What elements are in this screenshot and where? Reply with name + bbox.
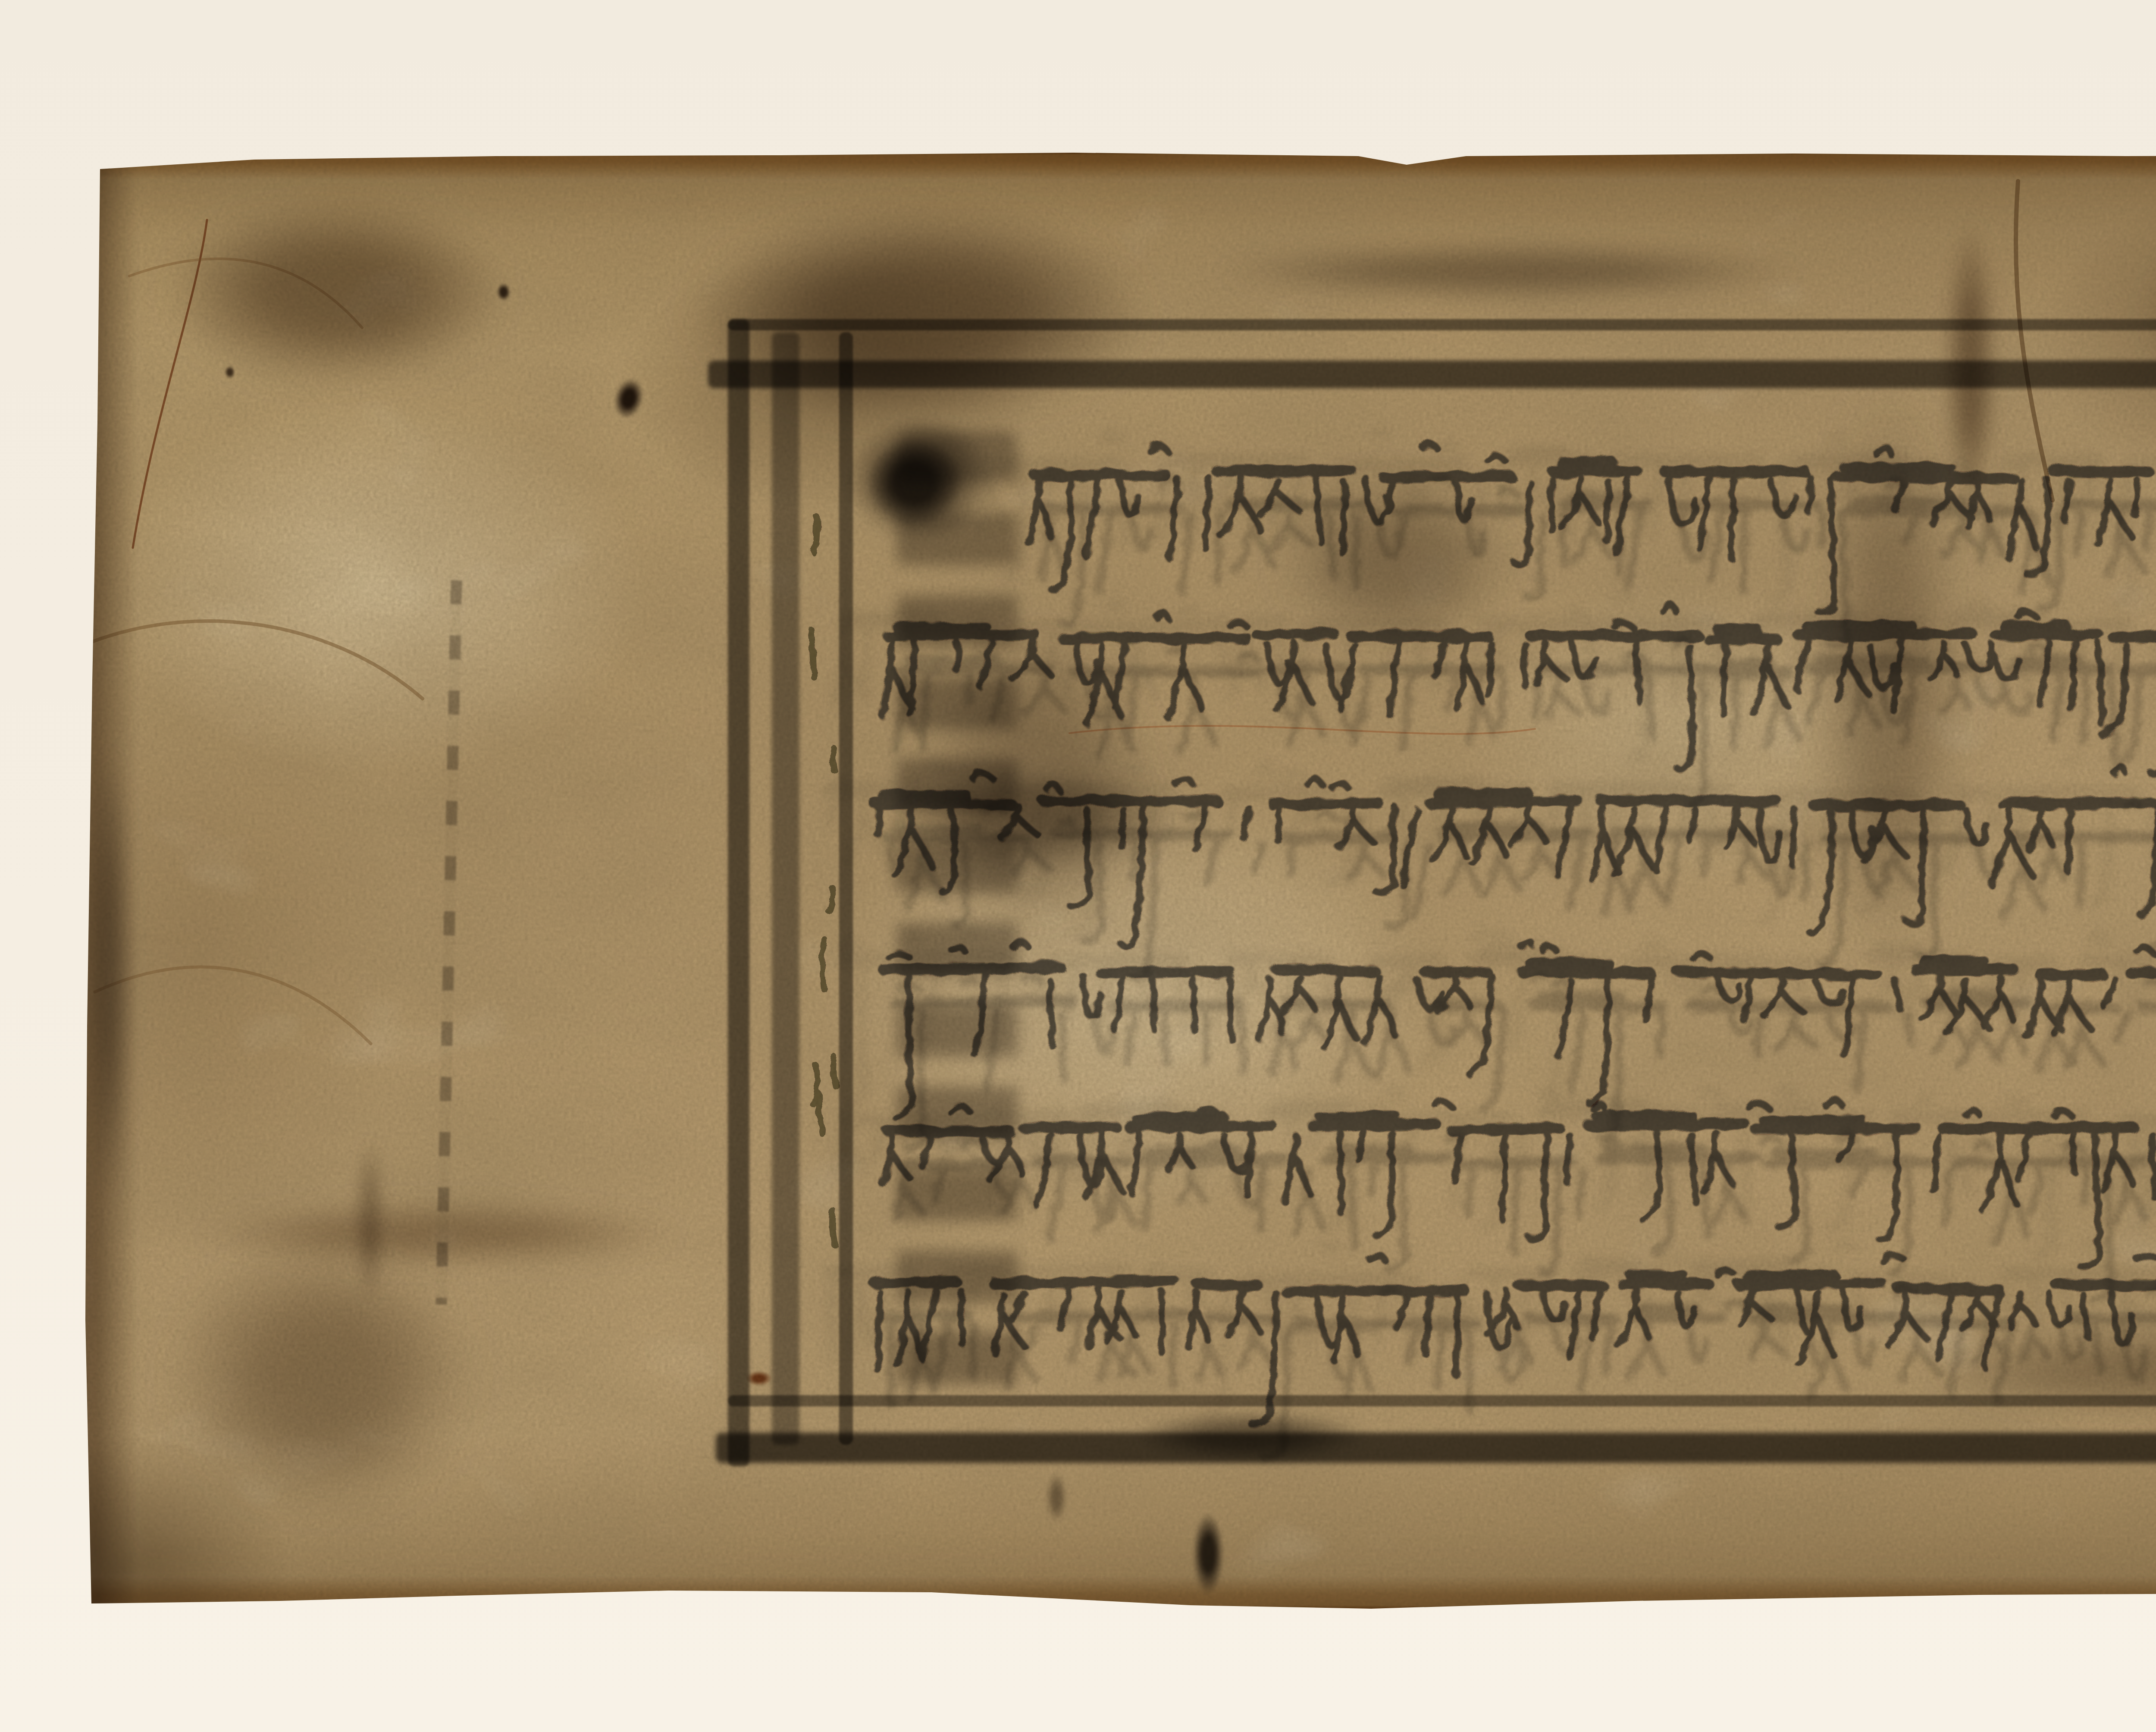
bottom-ink-drip — [1187, 1497, 1230, 1611]
line6-underwash — [1837, 1311, 2156, 1432]
top-border-smear — [1100, 233, 1919, 311]
line3-smear — [832, 750, 1242, 888]
crease-smudge — [350, 1104, 390, 1337]
ink-spot — [494, 279, 513, 304]
top-right-ink-cloud — [2070, 151, 2156, 479]
faint-ink-drip — [1043, 1463, 1070, 1532]
stains-layer — [0, 0, 2156, 1732]
bottom-border-smear — [1087, 1402, 1414, 1471]
center-right-shadow-swath — [1789, 267, 1988, 1087]
ink-dot — [222, 363, 237, 381]
mid-text-shadow — [1233, 440, 1561, 681]
manuscript-leaf — [73, 147, 2156, 1613]
upper-left-edge-streak — [85, 647, 136, 1294]
rust-spot — [741, 1368, 777, 1389]
photograph — [0, 0, 2156, 1732]
